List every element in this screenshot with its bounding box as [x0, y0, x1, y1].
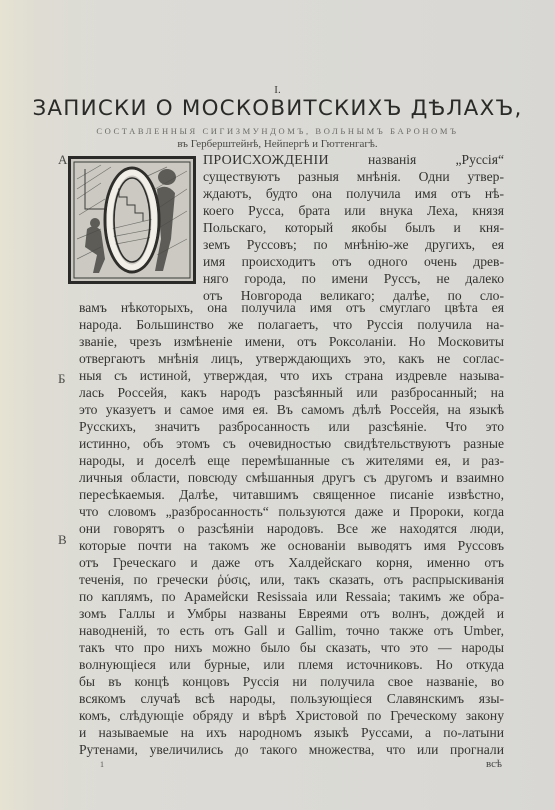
text-line: волнующіеся или бурные, или племя источн… [79, 657, 504, 673]
text-line: народа. Большинство же полагаетъ, что Ру… [79, 317, 504, 333]
text-line: это указуетъ и самое имя ея. Въ самомъ д… [79, 402, 504, 418]
text-line: ныя съ истиной, утверждая, что ихъ стран… [79, 368, 504, 384]
text-line: всякомъ случаѣ всѣ народы, пользующіеся … [79, 691, 504, 707]
text-line: няго города, по имени Руссъ, не далеко [203, 271, 504, 287]
text-line: ждаютъ, будто она получила имя отъ нѣ- [203, 186, 504, 202]
text-line: существуютъ разныя мнѣнія. Одни утвер- [203, 169, 504, 185]
margin-letter-b: Б [58, 371, 65, 387]
catchword: всѣ [486, 758, 502, 770]
text-line: что словомъ „разбросанность“ пользуются … [79, 504, 504, 520]
text-line: личныя области, повсюду смѣшанныя другъ … [79, 470, 504, 486]
illuminated-initial-o-icon [68, 156, 196, 284]
text-line: званіе, чрезъ измѣненіе имени, отъ Роксо… [79, 334, 504, 350]
text-line: отвергаютъ мнѣнія лицъ, утверждающихъ эт… [79, 351, 504, 367]
subtitle-titles: въ Герберштейнѣ, Нейпергѣ и Гюттенгагѣ. [0, 138, 555, 150]
subtitle-author: составленныя Сигизмундомъ, вольнымъ баро… [0, 126, 555, 136]
text-line: которые почти на такомъ же основаніи выв… [79, 538, 504, 554]
page-title: ЗАПИСКИ О МОСКОВИТСКИХЪ ДѢЛАХЪ, [0, 96, 555, 120]
text-line: имя происходитъ отъ одного очень древ- [203, 254, 504, 270]
margin-letter-a: А [58, 152, 67, 168]
text-line: народы, и доселѣ еще перемѣшанные съ жит… [79, 453, 504, 469]
text-line: земъ Руссовъ; по мнѣнію-же другихъ, ея [203, 237, 504, 253]
text-line: истинно, объ этомъ съ очевидностью свидѣ… [79, 436, 504, 452]
signature-mark: 1 [100, 760, 104, 769]
margin-letter-v: В [58, 532, 67, 548]
text-line: комъ, слѣдующіе обряду и вѣрѣ Христовой … [79, 708, 504, 724]
text-line: по каплямъ, по Арамейски Resissaia или R… [79, 589, 504, 605]
text-line: лась Россейя, какъ народъ разсѣянный или… [79, 385, 504, 401]
text-line: Русскихъ, значитъ разбросанность или раз… [79, 419, 504, 435]
text-line: вамъ нѣкоторыхъ, она получила имя отъ см… [79, 300, 504, 316]
text-line: Рутенами, увеличились до такого множеств… [79, 742, 504, 758]
text-line: зомъ Галлы и Умбры названы Евреями отъ в… [79, 606, 504, 622]
text-line: ПРОИСХОЖДЕНІИ названія „Руссія“ [203, 152, 504, 169]
text-line: и называемые на ихъ народномъ языкѣ Русс… [79, 725, 504, 741]
text-line: бы въ концѣ концовъ Руссія ни получила с… [79, 674, 504, 690]
text-line: Польскаго, который якобы былъ и кня- [203, 220, 504, 236]
text-line: они говорятъ о разсѣяніи народовъ. Все ж… [79, 521, 504, 537]
chapter-number: I. [0, 84, 555, 96]
text-line: наводненій, то есть отъ Gall и Gallim, т… [79, 623, 504, 639]
text-line: такъ что про нихъ можно было бы сказать,… [79, 640, 504, 656]
text-line: отъ Греческаго и даже отъ Халдейскаго ко… [79, 555, 504, 571]
text-line: коего Русса, брата или внука Леха, князя [203, 203, 504, 219]
text-line: теченія, по гречески ῥύσις, или, такъ ск… [79, 572, 504, 588]
text-line: пересѣкаемыя. Далѣе, читавшимъ священное… [79, 487, 504, 503]
book-page: I. ЗАПИСКИ О МОСКОВИТСКИХЪ ДѢЛАХЪ, соста… [0, 0, 555, 810]
first-word: ПРОИСХОЖДЕНІИ [203, 153, 329, 168]
